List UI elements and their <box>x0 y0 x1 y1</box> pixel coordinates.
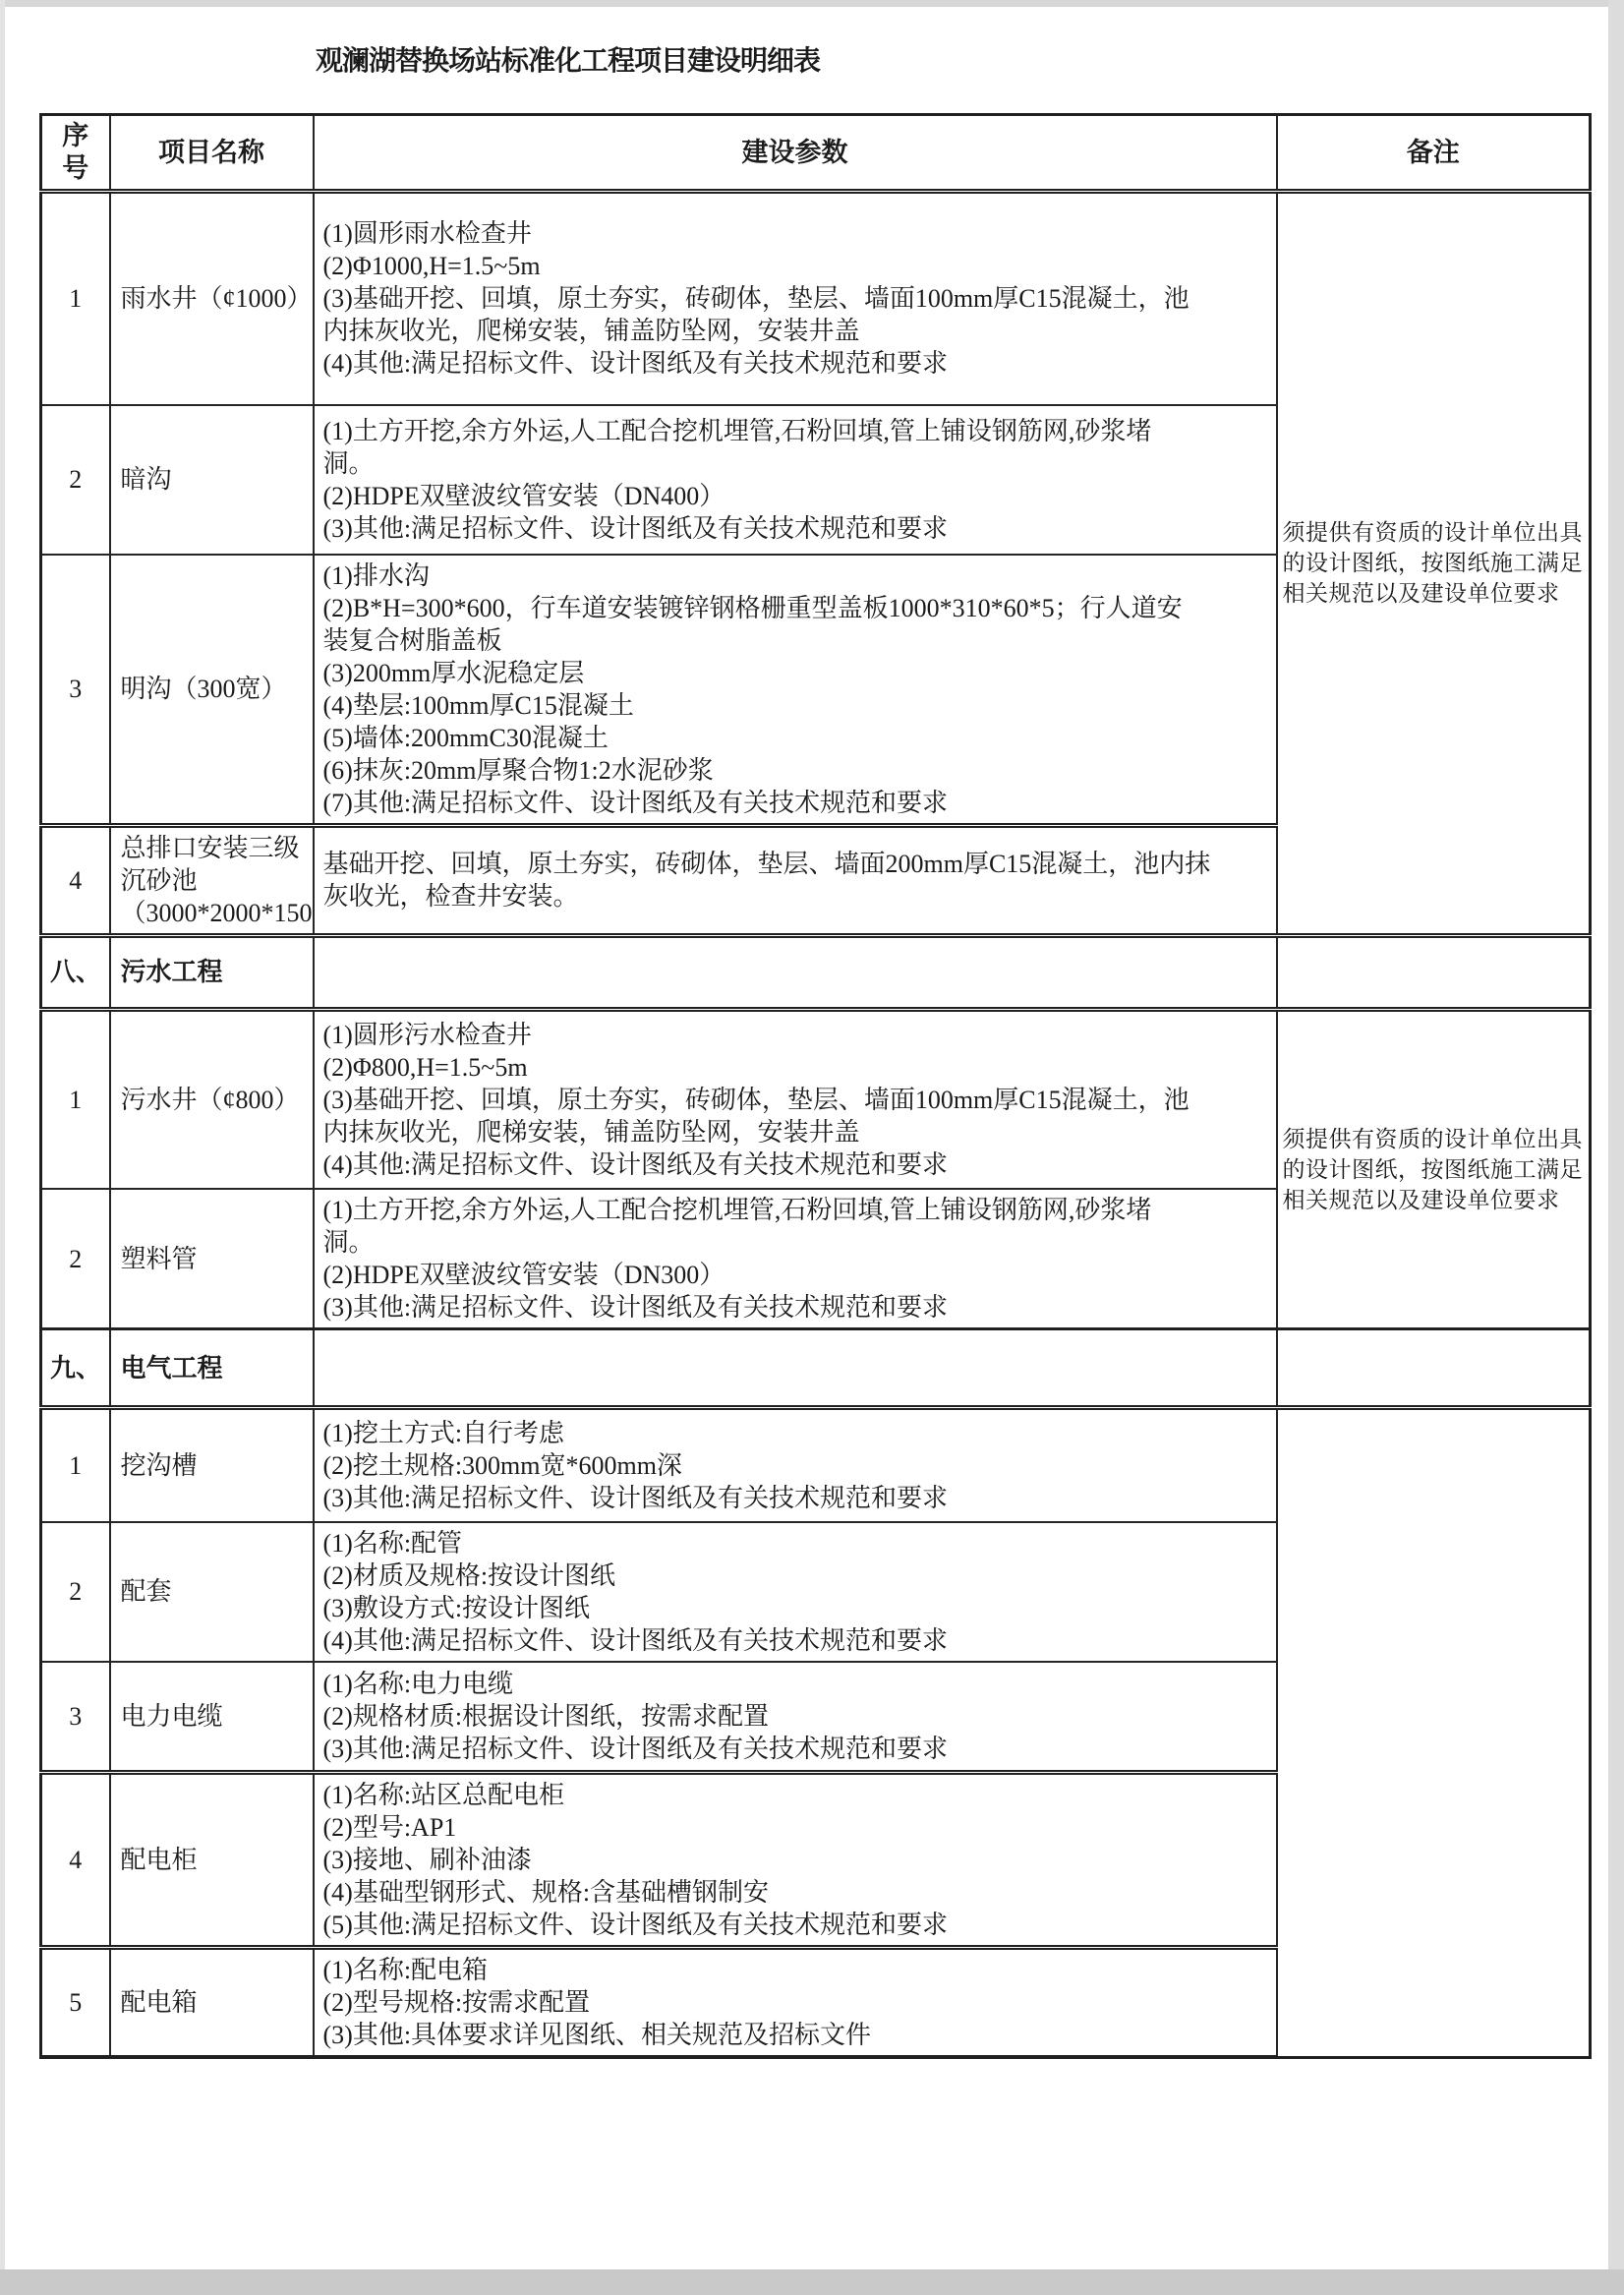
row-no: 3 <box>41 555 110 826</box>
scan-edge-right <box>1608 0 1624 2295</box>
build-params: (1)土方开挖,余方外运,人工配合挖机埋管,石粉回填,管上铺设钢筋网,砂浆堵 洞… <box>314 405 1277 555</box>
section-row-sewage: 八、 污水工程 <box>41 935 1591 1009</box>
section-name: 污水工程 <box>110 935 314 1009</box>
page-title: 观澜湖替换场站标准化工程项目建设明细表 <box>316 39 820 79</box>
scan-edge-bottom <box>0 2269 1624 2295</box>
build-params: (1)挖土方式:自行考虑 (2)挖土规格:300mm宽*600mm深 (3)其他… <box>314 1408 1277 1522</box>
project-name: 雨水井（¢1000） <box>110 192 314 405</box>
row-no: 1 <box>41 1009 110 1189</box>
row-no: 1 <box>41 1408 110 1522</box>
table-row-sewage-well: 1 污水井（¢800） (1)圆形污水检查井 (2)Φ800,H=1.5~5m … <box>41 1009 1591 1189</box>
scan-edge-top <box>0 0 1624 7</box>
project-name: 暗沟 <box>110 405 314 555</box>
project-name: 配电箱 <box>110 1948 314 2058</box>
row-no: 4 <box>41 1773 110 1948</box>
row-no: 1 <box>41 192 110 405</box>
table-row-trench: 1 挖沟槽 (1)挖土方式:自行考虑 (2)挖土规格:300mm宽*600mm深… <box>41 1408 1591 1522</box>
empty-params-cell <box>314 935 1277 1009</box>
detail-table-container: 序号 项目名称 建设参数 备注 1 雨水井（¢1000） (1)圆形雨水检查井 … <box>39 113 1589 2059</box>
section-no: 八、 <box>41 935 110 1009</box>
build-params: (1)名称:配管 (2)材质及规格:按设计图纸 (3)敷设方式:按设计图纸 (4… <box>314 1522 1277 1662</box>
build-params: (1)排水沟 (2)B*H=300*600，行车道安装镀锌钢格栅重型盖板1000… <box>314 555 1277 826</box>
build-params: (1)名称:站区总配电柜 (2)型号:AP1 (3)接地、刷补油漆 (4)基础型… <box>314 1773 1277 1948</box>
detail-table: 序号 项目名称 建设参数 备注 1 雨水井（¢1000） (1)圆形雨水检查井 … <box>39 113 1592 2059</box>
build-params: (1)名称:电力电缆 (2)规格材质:根据设计图纸，按需求配置 (3)其他:满足… <box>314 1662 1277 1773</box>
project-name: 配套 <box>110 1522 314 1662</box>
row-no: 2 <box>41 1189 110 1329</box>
project-name: 总排口安装三级沉砂池 （3000*2000*1500） <box>110 825 314 935</box>
project-name: 明沟（300宽） <box>110 555 314 826</box>
empty-params-cell <box>314 1329 1277 1408</box>
build-params: (1)名称:配电箱 (2)型号规格:按需求配置 (3)其他:具体要求详见图纸、相… <box>314 1948 1277 2058</box>
row-no: 2 <box>41 405 110 555</box>
remark-merged-cell-rain: 须提供有资质的设计单位出具 的设计图纸，按图纸施工满足 相关规范以及建设单位要求 <box>1277 192 1591 936</box>
header-build-params: 建设参数 <box>314 115 1277 192</box>
project-name: 污水井（¢800） <box>110 1009 314 1189</box>
header-row: 序号 项目名称 建设参数 备注 <box>41 115 1591 192</box>
remark-merged-cell-sewage: 须提供有资质的设计单位出具 的设计图纸，按图纸施工满足 相关规范以及建设单位要求 <box>1277 1009 1591 1329</box>
build-params: (1)圆形雨水检查井 (2)Φ1000,H=1.5~5m (3)基础开挖、回填，… <box>314 192 1277 405</box>
project-name: 配电柜 <box>110 1773 314 1948</box>
empty-remark-merged-cell <box>1277 1408 1591 2058</box>
build-params: 基础开挖、回填，原土夯实，砖砌体，垫层、墙面200mm厚C15混凝土，池内抹 灰… <box>314 825 1277 935</box>
scan-edge-left <box>0 0 5 2295</box>
row-no: 5 <box>41 1948 110 2058</box>
build-params: (1)圆形污水检查井 (2)Φ800,H=1.5~5m (3)基础开挖、回填，原… <box>314 1009 1277 1189</box>
empty-remark-cell <box>1277 1329 1591 1408</box>
header-no: 序号 <box>41 115 110 192</box>
row-no: 4 <box>41 825 110 935</box>
header-remark: 备注 <box>1277 115 1591 192</box>
build-params: (1)土方开挖,余方外运,人工配合挖机埋管,石粉回填,管上铺设钢筋网,砂浆堵 洞… <box>314 1189 1277 1329</box>
header-project-name: 项目名称 <box>110 115 314 192</box>
section-name: 电气工程 <box>110 1329 314 1408</box>
section-row-electrical: 九、 电气工程 <box>41 1329 1591 1408</box>
table-row-rainwater-well: 1 雨水井（¢1000） (1)圆形雨水检查井 (2)Φ1000,H=1.5~5… <box>41 192 1591 405</box>
project-name: 塑料管 <box>110 1189 314 1329</box>
project-name: 挖沟槽 <box>110 1408 314 1522</box>
empty-remark-cell <box>1277 935 1591 1009</box>
project-name: 电力电缆 <box>110 1662 314 1773</box>
row-no: 2 <box>41 1522 110 1662</box>
row-no: 3 <box>41 1662 110 1773</box>
section-no: 九、 <box>41 1329 110 1408</box>
